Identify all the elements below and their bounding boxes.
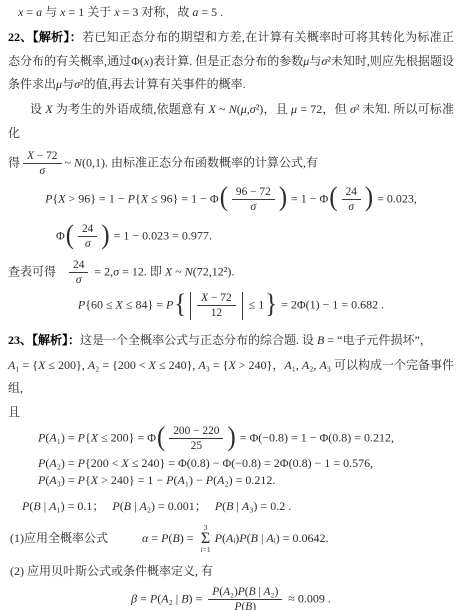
formula-p-60-84: P{60 ≤ X ≤ 84} = P{X − 7212 ≤ 1} = 2Φ(1)… <box>8 291 454 321</box>
math-run: P(A₂) = P{200 < X ≤ 240} = Φ(0.8) − Φ(−0… <box>38 456 373 470</box>
math-run: A₁, A₂, A₃ <box>284 358 334 372</box>
text-run: 与 <box>45 5 57 19</box>
spacer <box>207 509 215 510</box>
fraction-numerator: 24 <box>69 258 88 273</box>
line-events-definition: A₁ = {X ≤ 200}, A₂ = {200 < X ≤ 240}, A₃… <box>8 354 454 401</box>
fraction-numerator: 200 − 220 <box>169 424 223 439</box>
fraction-denominator: 25 <box>187 439 206 453</box>
sum-lower-limit: i=1 <box>201 546 211 554</box>
math-run: B <box>314 333 327 347</box>
text-run: 关于 <box>87 5 111 19</box>
text-run: ，但 <box>322 102 347 116</box>
fraction-denominator: σ <box>344 200 358 214</box>
line-conditional-probs: P(B | A₁) = 0.1；P(B | A₂) = 0.001；P(B | … <box>8 497 454 516</box>
text-run: ，且 <box>263 102 288 116</box>
para-22-explanation: 22、【解析】：若已知正态分布的期望和方差,在计算有关概率时可将其转化为标准正态… <box>8 26 454 96</box>
line-qie: 且 <box>8 403 454 422</box>
text-run: 的值,再去计算有关事件的概率. <box>84 77 246 91</box>
summation: 3Σi=1 <box>201 524 211 554</box>
math-run: = 1 − Φ <box>288 191 328 205</box>
math-run: μ = 72 <box>288 102 322 116</box>
fraction-numerator: X − 72 <box>197 291 235 306</box>
fraction: 24σ <box>69 258 88 288</box>
text-run: ， <box>272 358 284 372</box>
text-run: 即 <box>150 264 162 278</box>
fraction-numerator: 24 <box>78 222 97 237</box>
math-run: x = 3 <box>111 5 141 19</box>
math-run: = 2Φ(1) − 1 = 0.682 . <box>278 298 384 312</box>
fraction: 24σ <box>342 185 361 215</box>
line-lookup-table: 查表可得24σ = 2,σ = 12. 即 X ~ N(72,12²). <box>8 258 454 288</box>
text-run: (1)应用全概率公式 <box>10 531 108 545</box>
fraction: 200 − 22025 <box>169 424 223 454</box>
fraction-denominator: P(B) <box>231 600 261 610</box>
math-run: ≈ 0.009 . <box>285 592 331 606</box>
math-run: ≤ 1 <box>246 298 265 312</box>
line-total-probability: (1)应用全概率公式α = P(B) = 3Σi=1P(Aᵢ)P(B | Aᵢ)… <box>8 524 454 554</box>
formula-p-a1: P(A₁) = P{X ≤ 200} = Φ(200 − 22025) = Φ(… <box>8 424 454 454</box>
math-run: σ² <box>74 77 84 91</box>
math-run: a = 5 . <box>189 5 223 19</box>
math-run: Φ <box>56 229 65 243</box>
math-run: P{60 ≤ X ≤ 84} = P <box>78 298 174 312</box>
fraction: X − 72σ <box>23 149 61 179</box>
fraction-numerator: 24 <box>342 185 361 200</box>
math-run: = 1 − 0.023 = 0.977. <box>111 229 212 243</box>
fraction: 24σ <box>78 222 97 252</box>
fraction-denominator: σ <box>35 164 49 178</box>
text-run: 为考生的外语成绩,依题意有 <box>56 102 205 116</box>
math-run: σ² <box>347 102 363 116</box>
line-standardize: 得X − 72σ~ N(0,1). 由标准正态分布函数概率的计算公式,有 <box>8 149 454 179</box>
para-22-setup: 设 X 为考生的外语成绩,依题意有 X ~ N(μ,σ²)，且 μ = 72，但… <box>8 98 454 145</box>
math-run: X ~ N(72,12²). <box>162 264 234 278</box>
abs-bar <box>190 292 191 320</box>
math-run: P(B | A₁) = 0.1 <box>22 499 92 513</box>
text-run: 得 <box>8 156 20 170</box>
math-run: A₁ = {X ≤ 200}, A₂ = {200 < X ≤ 240}, A₃… <box>8 358 272 372</box>
math-run: x = a <box>18 5 45 19</box>
fraction-denominator: 12 <box>207 306 226 320</box>
math-run: ~ N(0,1). <box>65 156 112 170</box>
fraction-denominator: σ <box>72 273 86 287</box>
math-run: X ~ N(μ,σ²) <box>205 102 263 116</box>
text-run: 查表可得 <box>8 264 56 278</box>
fraction-numerator: 96 − 72 <box>232 185 275 200</box>
math-run: P(B | A₂) = 0.001 <box>112 499 194 513</box>
document-body: x = a 与 x = 1 关于 x = 3 对称，故 a = 5 .22、【解… <box>0 0 462 610</box>
text-run: 由标准正态分布函数概率的计算公式,有 <box>111 156 318 170</box>
formula-phi-24-sigma: Φ(24σ) = 1 − 0.023 = 0.977. <box>8 222 454 252</box>
text-run: 与 <box>309 54 321 68</box>
math-run: X <box>42 102 56 116</box>
fraction: 96 − 72σ <box>232 185 275 215</box>
line-problem21-conclusion: x = a 与 x = 1 关于 x = 3 对称，故 a = 5 . <box>8 3 454 22</box>
math-run: x = 1 <box>57 5 87 19</box>
text-run: 设 <box>30 102 42 116</box>
math-run: = 2,σ = 12. <box>91 264 149 278</box>
text-run: 对称，故 <box>141 5 189 19</box>
text-run: (2) 应用贝叶斯公式或条件概率定义, 有 <box>10 564 213 578</box>
text-run: ； <box>195 499 207 513</box>
math-run: α = P(B) = <box>142 531 197 545</box>
fraction-numerator: P(A₂)P(B | A₂) <box>208 585 282 600</box>
text-run: ； <box>92 499 104 513</box>
text-run: 这是一个全概率公式与正态分布的综合题. 设 <box>80 333 314 347</box>
fraction: P(A₂)P(B | A₂)P(B) <box>208 585 282 610</box>
math-run: Φ(x) <box>131 54 153 68</box>
line-bayes-intro: (2) 应用贝叶斯公式或条件概率定义, 有 <box>8 562 454 581</box>
math-run: = 0.023, <box>374 191 417 205</box>
formula-p-x-gt-96: P{X > 96} = 1 − P{X ≤ 96} = 1 − Φ(96 − 7… <box>8 185 454 215</box>
abs-bar <box>242 292 243 320</box>
math-run: P(B | A₃) = 0.2 . <box>215 499 291 513</box>
text-run: = “电子元件损坏”， <box>327 333 431 347</box>
math-run: β = P(A₂ | B) = <box>131 592 205 606</box>
fraction-denominator: σ <box>81 237 95 251</box>
math-run: σ² <box>321 54 331 68</box>
fraction: X − 7212 <box>197 291 235 321</box>
para-23-explanation: 23、【解析】：这是一个全概率公式与正态分布的综合题. 设 B = “电子元件损… <box>8 329 454 352</box>
sigma-icon: Σ <box>201 532 210 546</box>
math-run: P{X > 96} = 1 − P{X ≤ 96} = 1 − Φ <box>45 191 219 205</box>
text-run: 表计算. 但是正态分布的参数 <box>153 54 303 68</box>
bold-label: 23、【解析】： <box>8 333 80 347</box>
formula-p-a3: P(A₃) = P{X > 240} = 1 − P(A₁) − P(A₂) =… <box>8 473 454 489</box>
text-run: 与 <box>62 77 74 91</box>
page: { "page": { "background": "#ffffff", "te… <box>0 0 462 610</box>
text-run: 且 <box>8 405 20 419</box>
math-run: P(A₃) = P{X > 240} = 1 − P(A₁) − P(A₂) =… <box>38 473 275 487</box>
formula-beta: β = P(A₂ | B) = P(A₂)P(B | A₂)P(B) ≈ 0.0… <box>8 585 454 610</box>
bold-label: 22、【解析】： <box>8 30 82 44</box>
spacer <box>56 274 66 275</box>
math-run: = Φ(−0.8) = 1 − Φ(0.8) = 0.212, <box>237 431 394 445</box>
math-run: P(Aᵢ)P(B | Aᵢ) = 0.0642. <box>215 531 329 545</box>
math-run: P(A₁) = P{X ≤ 200} = Φ <box>38 431 156 445</box>
spacer <box>108 541 142 542</box>
formula-p-a2: P(A₂) = P{200 < X ≤ 240} = Φ(0.8) − Φ(−0… <box>8 456 454 472</box>
fraction-numerator: X − 72 <box>23 149 61 164</box>
fraction-denominator: σ <box>247 200 261 214</box>
